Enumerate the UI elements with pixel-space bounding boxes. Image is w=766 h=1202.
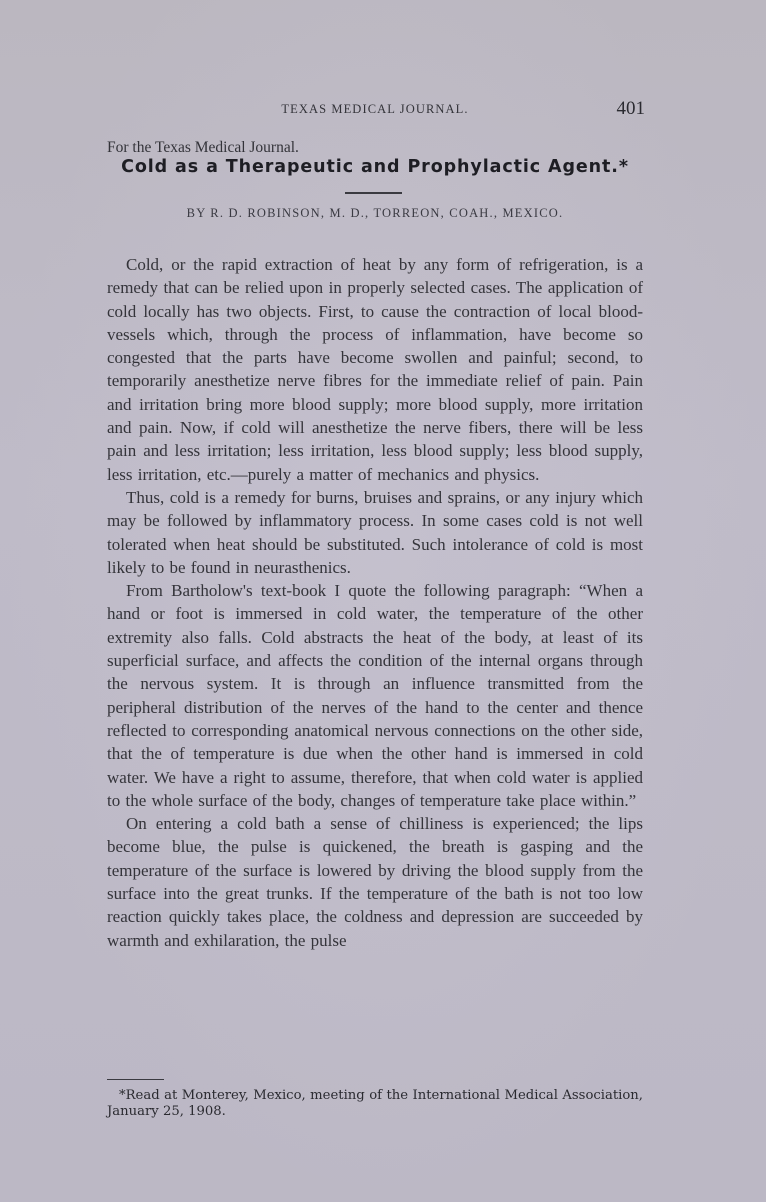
paragraph: Thus, cold is a remedy for burns, bruise… — [107, 486, 643, 579]
footnote-divider — [107, 1079, 164, 1080]
page-number: 401 — [617, 98, 646, 120]
footnote: *Read at Monterey, Mexico, meeting of th… — [107, 1088, 643, 1120]
paragraph: On entering a cold bath a sense of chill… — [107, 812, 643, 952]
journal-page: TEXAS MEDICAL JOURNAL. 401 For the Texas… — [0, 0, 766, 1202]
title-divider — [345, 192, 402, 194]
paragraph: From Bartholow's text-book I quote the f… — [107, 579, 643, 812]
paragraph: Cold, or the rapid extraction of heat by… — [107, 253, 643, 486]
article-body: Cold, or the rapid extraction of heat by… — [107, 253, 643, 952]
running-title: TEXAS MEDICAL JOURNAL. — [107, 102, 643, 117]
source-line: For the Texas Medical Journal. — [107, 139, 299, 157]
running-head: TEXAS MEDICAL JOURNAL. 401 — [107, 99, 643, 119]
article-title: Cold as a Therapeutic and Prophylactic A… — [107, 157, 643, 177]
author-byline: BY R. D. ROBINSON, M. D., TORREON, COAH.… — [107, 206, 643, 221]
